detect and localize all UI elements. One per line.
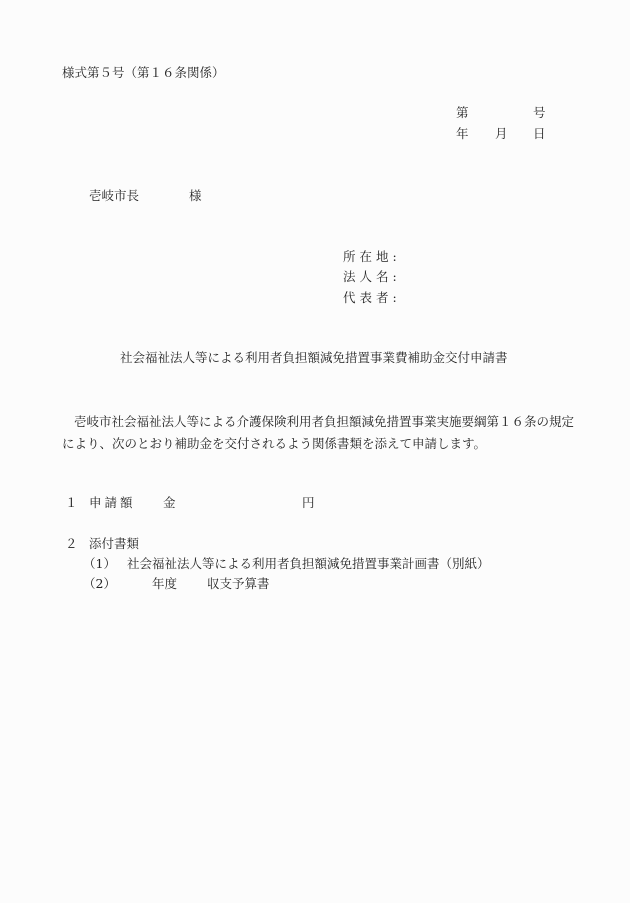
item1-number: １: [65, 497, 78, 510]
document-number-prefix: 第: [456, 107, 469, 120]
item2-label: 添付書類: [89, 538, 139, 551]
address-label: 所在地: [343, 249, 393, 264]
date-year-label: 年: [456, 128, 469, 141]
colon: :: [393, 249, 397, 264]
attachment-1-text: 社会福祉法人等による利用者負担額減免措置事業計画書（別紙）: [127, 558, 490, 571]
document-number-suffix: 号: [533, 107, 546, 120]
amount-prefix: 金: [163, 497, 176, 510]
amount-currency: 円: [302, 497, 315, 510]
item1-label: 申請額: [89, 497, 136, 510]
document-title: 社会福祉法人等による利用者負担額減免措置事業費補助金交付申請書: [120, 352, 508, 365]
colon: :: [393, 290, 397, 305]
applicant-representative-row: 代表者:: [343, 292, 397, 305]
applicant-address-row: 所在地:: [343, 251, 397, 264]
item2-number: ２: [65, 538, 78, 551]
corporation-label: 法人名: [343, 269, 393, 284]
attachment-2-text: 収支予算書: [207, 578, 270, 591]
form-number: 様式第５号（第１６条関係）: [62, 67, 225, 80]
date-month-label: 月: [495, 128, 508, 141]
representative-label: 代表者: [343, 290, 393, 305]
attachment-1-number: （1）: [83, 558, 116, 571]
attachment-2-number: （2）: [83, 578, 116, 591]
body-paragraph: 壱岐市社会福祉法人等による介護保険利用者負担額減免措置事業実施要綱第１６条の規定…: [62, 411, 582, 455]
addressee-name: 壱岐市長: [89, 190, 139, 203]
applicant-corporation-row: 法人名:: [343, 271, 397, 284]
colon: :: [393, 269, 397, 284]
addressee-honorific: 様: [189, 190, 202, 203]
attachment-2-year: 年度: [152, 578, 177, 591]
date-day-label: 日: [533, 128, 546, 141]
